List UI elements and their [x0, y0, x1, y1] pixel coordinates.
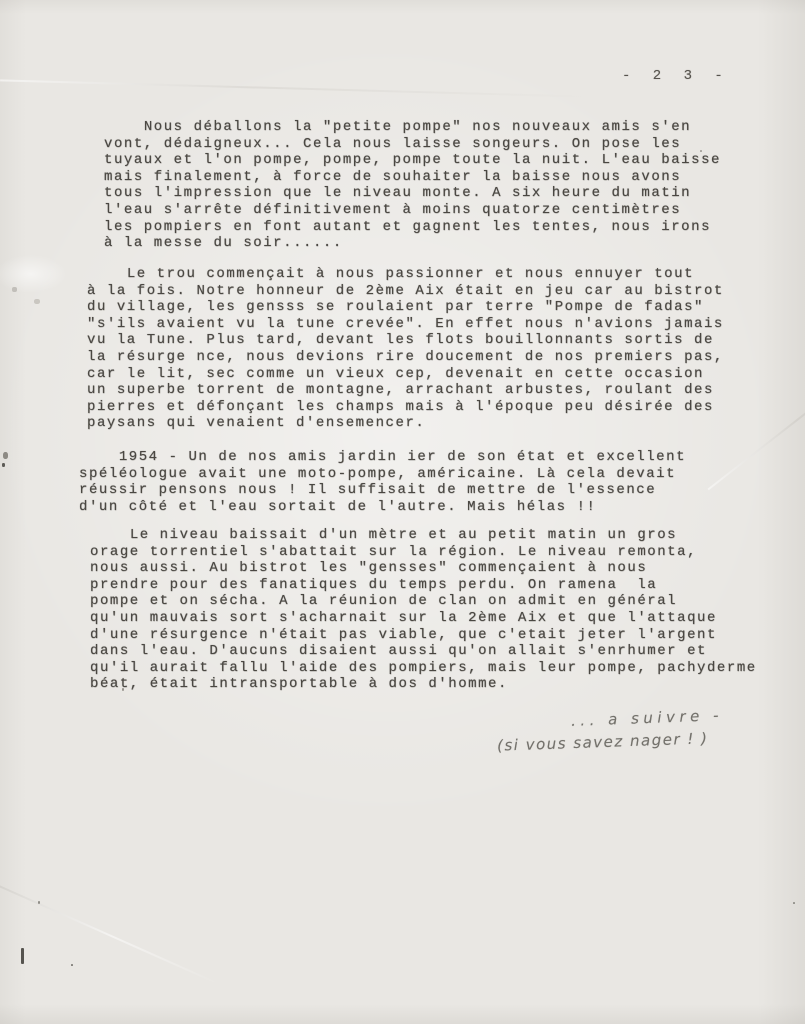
- paper-speck: [34, 299, 40, 304]
- handwritten-note-line-2: (si vous savez nager ! ): [497, 729, 709, 754]
- paper-speck: [793, 902, 795, 904]
- paragraph-3: 1954 - Un de nos amis jardin ier de son …: [79, 449, 686, 515]
- paper-speck: [38, 901, 40, 904]
- paper-speck: [71, 964, 73, 966]
- handwritten-note-line-1: ... a suivre -: [571, 706, 724, 730]
- scanned-page: - 2 3 - Nous déballons la "petite pompe"…: [0, 0, 805, 1024]
- paragraph-1: Nous déballons la "petite pompe" nos nou…: [104, 119, 721, 252]
- paper-speck: [2, 463, 5, 467]
- paper-speck: [12, 287, 17, 292]
- page-number: - 2 3 -: [622, 68, 730, 84]
- paper-crease: [0, 877, 219, 985]
- paper-speck: [21, 948, 24, 964]
- paper-speck: [3, 452, 8, 459]
- paragraph-2: Le trou commençait à nous passionner et …: [87, 266, 724, 432]
- paper-crease: [0, 79, 620, 98]
- paragraph-4: Le niveau baissait d'un mètre et au peti…: [90, 527, 757, 693]
- paper-crease: [0, 250, 76, 298]
